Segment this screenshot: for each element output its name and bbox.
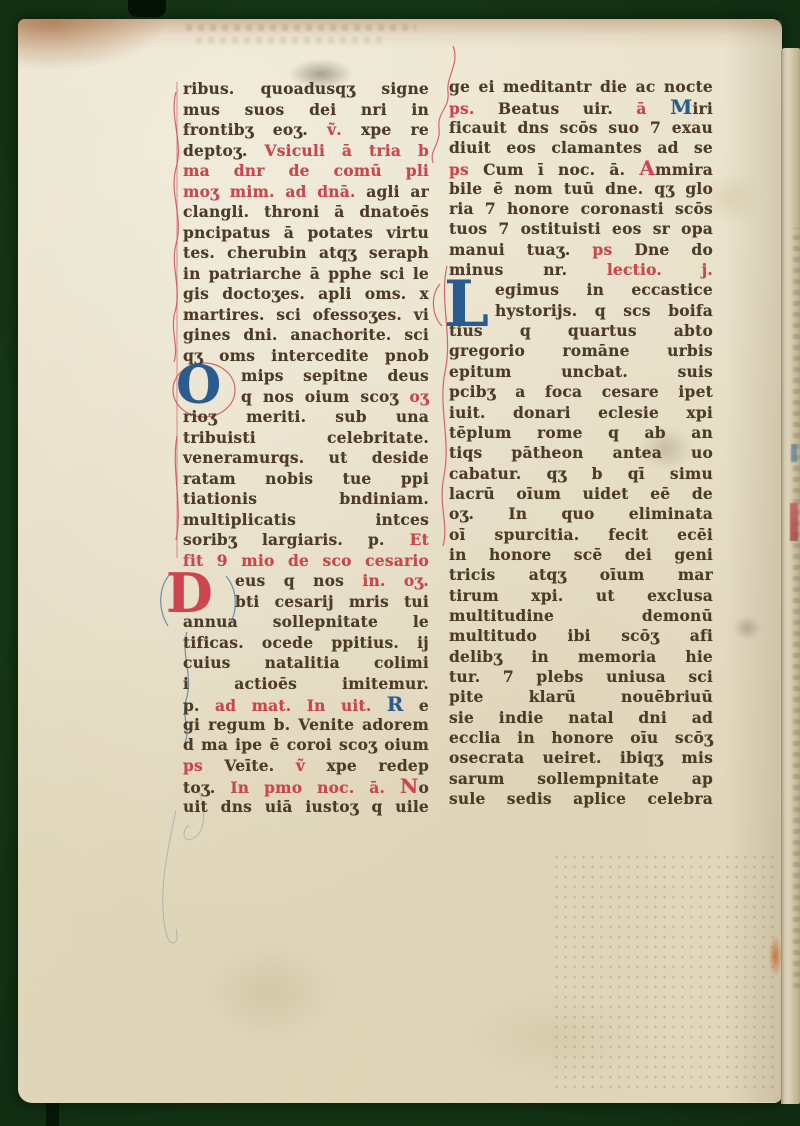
fore-edge-text-ghost bbox=[793, 228, 800, 988]
text-line: multitudo ibi scōʒ afi bbox=[449, 626, 713, 646]
text-segment: ficauit dns scōs suo 7 exau bbox=[449, 118, 713, 137]
text-line: p. ad mat. In uit. R e bbox=[183, 694, 429, 715]
text-segment: deptoʒ. bbox=[183, 141, 265, 160]
text-line: in patriarche ā pphe sci le bbox=[183, 264, 429, 285]
text-line: tur. 7 plebs uniusa sci bbox=[449, 667, 713, 687]
text-segment: ria 7 honore coronasti scōs bbox=[449, 199, 713, 218]
text-line: frontibʒ eoʒ. ṽ. xpe re bbox=[183, 120, 429, 141]
text-segment: moʒ mim. ad dnā. bbox=[183, 182, 366, 201]
text-segment: martires. sci ofessoʒes. vi bbox=[183, 305, 429, 324]
text-segment: gines dni. anachorite. sci bbox=[183, 325, 429, 344]
text-segment: pncipatus ā potates virtu bbox=[183, 223, 429, 242]
text-line: veneramurqs. ut deside bbox=[183, 448, 429, 469]
text-segment: oī spurcitia. fecit ecēi bbox=[449, 525, 713, 544]
text-line: tēplum rome q ab an bbox=[449, 423, 713, 443]
text-segment: mus suos dei nri in bbox=[183, 100, 429, 119]
text-segment: toʒ. bbox=[183, 778, 230, 797]
text-segment: epitum uncbat. suis bbox=[449, 362, 713, 381]
text-line: tirum xpi. ut exclusa bbox=[449, 586, 713, 606]
text-line: gines dni. anachorite. sci bbox=[183, 325, 429, 346]
illuminated-initial-d: D bbox=[166, 568, 213, 618]
book-fore-edge bbox=[781, 48, 800, 1104]
text-segment: pite klarū nouēbriuū bbox=[449, 687, 713, 706]
text-line: bile ē nom tuū dne. qʒ glo bbox=[449, 179, 713, 199]
text-segment: tirum xpi. ut exclusa bbox=[449, 586, 713, 605]
text-segment: tes. cherubin atqʒ seraph bbox=[183, 243, 429, 262]
page-curvature-shadow bbox=[724, 20, 782, 1102]
text-line: iuit. donari eclesie xpi bbox=[449, 403, 713, 423]
text-line: oī spurcitia. fecit ecēi bbox=[449, 525, 713, 545]
text-segment: soribʒ largiaris. p. bbox=[183, 530, 410, 549]
text-line: i actioēs imitemur. bbox=[183, 674, 429, 695]
text-segment: osecrata ueiret. ibiqʒ mis bbox=[449, 748, 713, 767]
text-segment: egimus in eccastice bbox=[495, 280, 713, 299]
text-line: tricis atqʒ oīum mar bbox=[449, 565, 713, 585]
text-column-left: ribus. quoadusqʒ signemus suos dei nri i… bbox=[183, 79, 429, 817]
text-segment: iuit. donari eclesie xpi bbox=[449, 403, 713, 422]
text-line: cuius natalitia colimi bbox=[183, 653, 429, 674]
text-segment: tiqs pātheon antea uo bbox=[449, 443, 713, 462]
text-line: ria 7 honore coronasti scōs bbox=[449, 199, 713, 219]
text-segment: e bbox=[404, 696, 429, 715]
text-segment: ā bbox=[636, 99, 670, 118]
lombard-initial: A bbox=[639, 156, 655, 180]
text-line: sarum sollempnitate ap bbox=[449, 769, 713, 789]
text-line: soribʒ largiaris. p. Et bbox=[183, 530, 429, 551]
text-segment: cabatur. qʒ b qī simu bbox=[449, 464, 713, 483]
text-line: ma dnr de comū pli bbox=[183, 161, 429, 182]
text-line: ribus. quoadusqʒ signe bbox=[183, 79, 429, 100]
text-segment: agli ar bbox=[366, 182, 429, 201]
text-line: tribuisti celebritate. bbox=[183, 428, 429, 449]
lombard-initial: M bbox=[670, 95, 692, 119]
text-segment: mips sepitne deus bbox=[241, 366, 429, 385]
text-line: bti cesarij mris tui bbox=[183, 592, 429, 613]
text-segment: sule sedis aplice celebra bbox=[449, 789, 713, 808]
text-segment: iri bbox=[692, 99, 713, 118]
lombard-initial: R bbox=[387, 692, 404, 716]
text-segment: ps bbox=[449, 160, 483, 179]
show-through-text-ghost bbox=[196, 37, 386, 44]
text-segment: in. oʒ. bbox=[362, 571, 429, 590]
text-segment: Cum ī noc. ā. bbox=[483, 160, 639, 179]
text-segment: gi regum b. Venite adorem bbox=[183, 715, 429, 734]
initial-letter: L bbox=[444, 267, 489, 342]
text-segment: gis doctoʒes. apli oms. x bbox=[183, 284, 429, 303]
text-segment: uit dns uiā iustoʒ q uile bbox=[183, 797, 429, 816]
text-line: pite klarū nouēbriuū bbox=[449, 687, 713, 707]
text-line: mus suos dei nri in bbox=[183, 100, 429, 121]
text-segment: oʒ bbox=[409, 387, 429, 406]
initial-letter: D bbox=[166, 561, 213, 625]
text-line: ge ei meditantr die ac nocte bbox=[449, 77, 713, 97]
text-segment: frontibʒ eoʒ. bbox=[183, 120, 327, 139]
text-line: annua sollepnitate le bbox=[183, 612, 429, 633]
text-segment: mmira bbox=[655, 160, 713, 179]
text-line: pcibʒ a foca cesare ipet bbox=[449, 382, 713, 402]
text-line: sule sedis aplice celebra bbox=[449, 789, 713, 809]
text-line: multiplicatis intces bbox=[183, 510, 429, 531]
text-segment: tiationis bndiniam. bbox=[183, 489, 429, 508]
text-segment: clangli. throni ā dnatoēs bbox=[183, 202, 429, 221]
text-segment: i actioēs imitemur. bbox=[183, 674, 429, 693]
text-line: pncipatus ā potates virtu bbox=[183, 223, 429, 244]
text-segment: Veīte. bbox=[224, 756, 295, 775]
text-segment: manui tuaʒ. bbox=[449, 240, 592, 259]
text-line: uit dns uiā iustoʒ q uile bbox=[183, 797, 429, 818]
text-segment: ratam nobis tue ppi bbox=[183, 469, 429, 488]
text-line: eus q nos in. oʒ. bbox=[183, 571, 429, 592]
text-segment: tricis atqʒ oīum mar bbox=[449, 565, 713, 584]
text-line: moʒ mim. ad dnā. agli ar bbox=[183, 182, 429, 203]
text-line: oʒ. In quo eliminata bbox=[449, 504, 713, 524]
text-segment: cuius natalitia colimi bbox=[183, 653, 429, 672]
text-line: osecrata ueiret. ibiqʒ mis bbox=[449, 748, 713, 768]
text-line: gi regum b. Venite adorem bbox=[183, 715, 429, 736]
text-line: deptoʒ. Vsiculi ā tria b bbox=[183, 141, 429, 162]
text-line: cabatur. qʒ b qī simu bbox=[449, 464, 713, 484]
text-segment: pcibʒ a foca cesare ipet bbox=[449, 382, 713, 401]
text-line: tiqs pātheon antea uo bbox=[449, 443, 713, 463]
text-segment: In pmo noc. ā. bbox=[230, 778, 400, 797]
text-segment: multitudo ibi scōʒ afi bbox=[449, 626, 713, 645]
text-segment: ṽ bbox=[296, 756, 327, 775]
text-segment: ma dnr de comū pli bbox=[183, 161, 429, 180]
text-segment: hystorijs. q scs boifa bbox=[495, 301, 713, 320]
text-segment: Dne do bbox=[634, 240, 713, 259]
illuminated-initial-o: O bbox=[176, 362, 221, 410]
photo-backdrop: ribus. quoadusqʒ signemus suos dei nri i… bbox=[0, 0, 800, 1126]
text-line: epitum uncbat. suis bbox=[449, 362, 713, 382]
text-segment: annua sollepnitate le bbox=[183, 612, 429, 631]
text-segment: multitudine demonū bbox=[449, 606, 713, 625]
text-segment: ṽ. bbox=[327, 120, 361, 139]
text-segment: xpe re bbox=[361, 120, 429, 139]
text-line: in honore scē dei geni bbox=[449, 545, 713, 565]
text-line: clangli. throni ā dnatoēs bbox=[183, 202, 429, 223]
fore-edge-red-initial-ghost bbox=[790, 503, 798, 541]
text-line: gregorio romāne urbis bbox=[449, 341, 713, 361]
text-segment: ad mat. In uit. bbox=[215, 696, 387, 715]
text-line: ficauit dns scōs suo 7 exau bbox=[449, 118, 713, 138]
text-line: toʒ. In pmo noc. ā. No bbox=[183, 776, 429, 797]
text-segment: ps bbox=[183, 756, 224, 775]
text-segment: ribus. quoadusqʒ signe bbox=[183, 79, 429, 98]
text-segment: d ma ipe ē coroi scoʒ oium bbox=[183, 735, 429, 754]
text-segment: oʒ. In quo eliminata bbox=[449, 504, 713, 523]
text-line: tiationis bndiniam. bbox=[183, 489, 429, 510]
text-segment: in honore scē dei geni bbox=[449, 545, 713, 564]
text-segment: eus q nos bbox=[235, 571, 362, 590]
text-segment: o bbox=[418, 778, 429, 797]
text-segment: ecclia in honore oīu scōʒ bbox=[449, 728, 713, 747]
text-line: ratam nobis tue ppi bbox=[183, 469, 429, 490]
text-line: gis doctoʒes. apli oms. x bbox=[183, 284, 429, 305]
fore-edge-blue-initial-ghost bbox=[791, 444, 797, 462]
text-segment: veneramurqs. ut deside bbox=[183, 448, 429, 467]
text-segment: bile ē nom tuū dne. qʒ glo bbox=[449, 179, 713, 198]
text-segment: multiplicatis intces bbox=[183, 510, 429, 529]
illuminated-initial-l: L bbox=[444, 274, 489, 336]
text-segment: tuos 7 ostituisti eos sr opa bbox=[449, 219, 713, 238]
text-segment: Beatus uir. bbox=[498, 99, 636, 118]
text-line: fit 9 mio de sco cesario bbox=[183, 551, 429, 572]
text-segment: sarum sollempnitate ap bbox=[449, 769, 713, 788]
text-segment: lectio. j. bbox=[607, 260, 713, 279]
text-segment: sie indie natal dni ad bbox=[449, 708, 713, 727]
text-segment: ps. bbox=[449, 99, 498, 118]
text-segment: ps bbox=[592, 240, 634, 259]
text-segment: xpe redep bbox=[326, 756, 429, 775]
text-line: sie indie natal dni ad bbox=[449, 708, 713, 728]
text-line: d ma ipe ē coroi scoʒ oium bbox=[183, 735, 429, 756]
text-segment: q nos oium scoʒ bbox=[241, 387, 409, 406]
text-segment: tur. 7 plebs uniusa sci bbox=[449, 667, 713, 686]
text-line: ps Veīte. ṽ xpe redep bbox=[183, 756, 429, 777]
text-segment: tēplum rome q ab an bbox=[449, 423, 713, 442]
text-line: lacrū oīum uidet eē de bbox=[449, 484, 713, 504]
lombard-initial: N bbox=[400, 774, 418, 798]
text-segment: Et bbox=[410, 530, 429, 549]
text-segment: diuit eos clamantes ad se bbox=[449, 138, 713, 157]
text-line: tes. cherubin atqʒ seraph bbox=[183, 243, 429, 264]
show-through-text-ghost bbox=[186, 24, 416, 31]
text-line: ps Cum ī noc. ā. Ammira bbox=[449, 158, 713, 178]
text-segment: bti cesarij mris tui bbox=[235, 592, 429, 611]
text-line: ecclia in honore oīu scōʒ bbox=[449, 728, 713, 748]
backdrop-clip-mark-top bbox=[128, 0, 166, 17]
text-line: ps. Beatus uir. ā Miri bbox=[449, 97, 713, 117]
text-line: diuit eos clamantes ad se bbox=[449, 138, 713, 158]
initial-letter: O bbox=[176, 355, 221, 416]
text-segment: tificas. ocede ppitius. ij bbox=[183, 633, 429, 652]
text-line: delibʒ in memoria hie bbox=[449, 647, 713, 667]
text-segment: tribuisti celebritate. bbox=[183, 428, 429, 447]
text-segment: fit 9 mio de sco cesario bbox=[183, 551, 429, 570]
text-line: tuos 7 ostituisti eos sr opa bbox=[449, 219, 713, 239]
text-segment: delibʒ in memoria hie bbox=[449, 647, 713, 666]
text-line: manui tuaʒ. ps Dne do bbox=[449, 240, 713, 260]
backdrop-clip-mark-bottom bbox=[46, 1102, 59, 1126]
text-line: multitudine demonū bbox=[449, 606, 713, 626]
text-segment: gregorio romāne urbis bbox=[449, 341, 713, 360]
text-line: tificas. ocede ppitius. ij bbox=[183, 633, 429, 654]
text-segment: in patriarche ā pphe sci le bbox=[183, 264, 429, 283]
text-column-right: ge ei meditantr die ac nocteps. Beatus u… bbox=[449, 77, 713, 809]
text-line: martires. sci ofessoʒes. vi bbox=[183, 305, 429, 326]
text-segment: lacrū oīum uidet eē de bbox=[449, 484, 713, 503]
text-segment: ge ei meditantr die ac nocte bbox=[449, 77, 713, 96]
text-segment: Vsiculi ā tria b bbox=[265, 141, 429, 160]
text-segment: p. bbox=[183, 696, 215, 715]
